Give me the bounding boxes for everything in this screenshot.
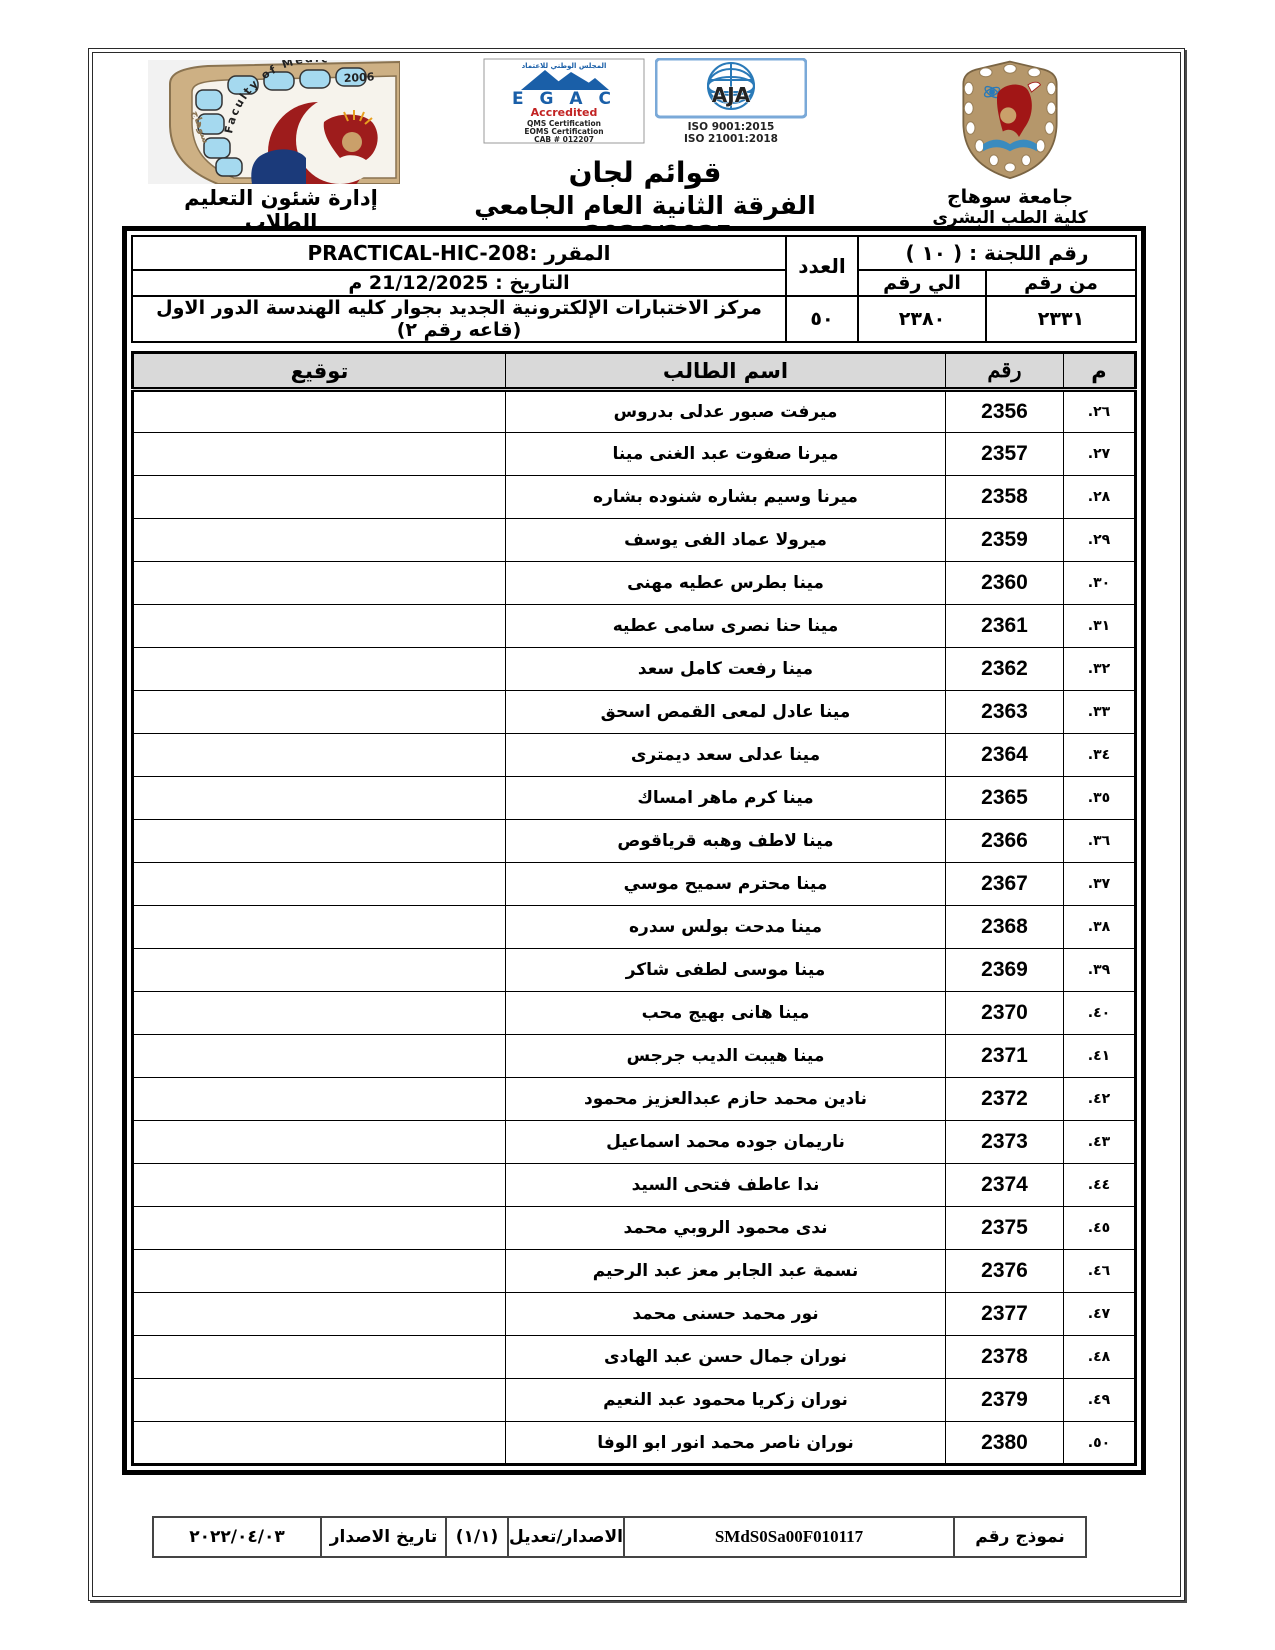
- row-seat-number: 2361: [946, 605, 1064, 648]
- svg-text:Accredited: Accredited: [531, 106, 598, 119]
- row-signature-cell: [133, 734, 506, 777]
- form-footer-table: نموذج رقم SMdS0Sa00F010117 الاصدار/تعديل…: [152, 1516, 1087, 1558]
- faculty-logo-block: 2006 سوهاج Faculty of Medic إدارة شئون ا…: [148, 60, 414, 234]
- row-signature-cell: [133, 390, 506, 433]
- table-row: ٤١. 2371 مينا هيبت الديب جرجس: [133, 1035, 1136, 1078]
- row-seat-number: 2372: [946, 1078, 1064, 1121]
- table-row: ٣٣. 2363 مينا عادل لمعى القمص اسحق: [133, 691, 1136, 734]
- row-student-name: مينا رفعت كامل سعد: [506, 648, 946, 691]
- row-seat-number: 2370: [946, 992, 1064, 1035]
- table-row: ٣٤. 2364 مينا عدلى سعد ديمترى: [133, 734, 1136, 777]
- aja-iso-logo-icon: AJA ISO 9001:2015 ISO 21001:2018: [655, 58, 807, 148]
- faculty-name: كلية الطب البشرى: [905, 208, 1115, 228]
- table-row: ٤٨. 2378 نوران جمال حسن عبد الهادى: [133, 1336, 1136, 1379]
- row-signature-cell: [133, 1250, 506, 1293]
- row-signature-cell: [133, 433, 506, 476]
- row-seat-number: 2357: [946, 433, 1064, 476]
- to-number-value: ٢٣٨٠: [858, 296, 986, 342]
- row-signature-cell: [133, 1379, 506, 1422]
- row-signature-cell: [133, 519, 506, 562]
- table-row: ٤٣. 2373 ناريمان جوده محمد اسماعيل: [133, 1121, 1136, 1164]
- row-serial: ٣٣.: [1064, 691, 1136, 734]
- table-row: ٢٨. 2358 ميرنا وسيم بشاره شنوده بشاره: [133, 476, 1136, 519]
- table-row: ٣٢. 2362 مينا رفعت كامل سعد: [133, 648, 1136, 691]
- table-row: ٣١. 2361 مينا حنا نصرى سامى عطيه: [133, 605, 1136, 648]
- row-signature-cell: [133, 1422, 506, 1465]
- row-signature-cell: [133, 1207, 506, 1250]
- row-seat-number: 2367: [946, 863, 1064, 906]
- row-serial: ٣٨.: [1064, 906, 1136, 949]
- course-cell: المقرر :PRACTICAL-HIC-208: [132, 236, 786, 270]
- students-table-header-row: م رقم اسم الطالب توقيع: [133, 353, 1136, 390]
- row-seat-number: 2359: [946, 519, 1064, 562]
- row-serial: ٤١.: [1064, 1035, 1136, 1078]
- row-seat-number: 2380: [946, 1422, 1064, 1465]
- row-seat-number: 2378: [946, 1336, 1064, 1379]
- row-student-name: مينا مدحت بولس سدره: [506, 906, 946, 949]
- tables-container: رقم اللجنة : ( ١٠ ) العدد المقرر :PRACTI…: [122, 226, 1146, 1475]
- exam-location: مركز الاختبارات الإلكترونية الجديد بجوار…: [132, 296, 786, 342]
- university-logo-block: جامعة سوهاج كلية الطب البشرى: [905, 58, 1115, 228]
- row-seat-number: 2376: [946, 1250, 1064, 1293]
- row-seat-number: 2377: [946, 1293, 1064, 1336]
- row-serial: ٤٩.: [1064, 1379, 1136, 1422]
- table-row: ٢٧. 2357 ميرنا صفوت عبد الغنى مينا: [133, 433, 1136, 476]
- header-signature: توقيع: [133, 353, 506, 390]
- row-signature-cell: [133, 1078, 506, 1121]
- issue-date-value: ٢٠٢٢/٠٤/٠٣: [153, 1517, 321, 1557]
- issue-date-label: تاريخ الاصدار: [321, 1517, 446, 1557]
- row-serial: ٣٧.: [1064, 863, 1136, 906]
- row-seat-number: 2366: [946, 820, 1064, 863]
- row-serial: ٣٤.: [1064, 734, 1136, 777]
- svg-text:AJA: AJA: [712, 83, 751, 107]
- form-number-value: SMdS0Sa00F010117: [624, 1517, 954, 1557]
- row-signature-cell: [133, 648, 506, 691]
- header-student-name: اسم الطالب: [506, 353, 946, 390]
- row-serial: ٤٦.: [1064, 1250, 1136, 1293]
- exam-info-table: رقم اللجنة : ( ١٠ ) العدد المقرر :PRACTI…: [131, 235, 1137, 343]
- row-serial: ٤٧.: [1064, 1293, 1136, 1336]
- row-signature-cell: [133, 1336, 506, 1379]
- table-row: ٢٦. 2356 ميرفت صبور عدلى بدروس: [133, 390, 1136, 433]
- row-student-name: نوران ناصر محمد انور ابو الوفا: [506, 1422, 946, 1465]
- row-serial: ٤٠.: [1064, 992, 1136, 1035]
- row-serial: ٢٩.: [1064, 519, 1136, 562]
- row-student-name: نوران جمال حسن عبد الهادى: [506, 1336, 946, 1379]
- row-signature-cell: [133, 562, 506, 605]
- row-signature-cell: [133, 1121, 506, 1164]
- row-student-name: ندى محمود الروبي محمد: [506, 1207, 946, 1250]
- row-signature-cell: [133, 777, 506, 820]
- sohag-university-logo-icon: [950, 165, 1070, 184]
- header-number: رقم: [946, 353, 1064, 390]
- row-serial: ٣٦.: [1064, 820, 1136, 863]
- university-name: جامعة سوهاج: [905, 186, 1115, 208]
- row-student-name: مينا موسى لطفى شاكر: [506, 949, 946, 992]
- row-signature-cell: [133, 1035, 506, 1078]
- row-seat-number: 2364: [946, 734, 1064, 777]
- row-signature-cell: [133, 605, 506, 648]
- date-cell: التاريخ : 21/12/2025 م: [132, 270, 786, 296]
- svg-text:2006: 2006: [343, 70, 375, 85]
- row-signature-cell: [133, 949, 506, 992]
- row-seat-number: 2369: [946, 949, 1064, 992]
- row-student-name: مينا محترم سميح موسي: [506, 863, 946, 906]
- table-row: ٣٠. 2360 مينا بطرس عطيه مهنى: [133, 562, 1136, 605]
- row-student-name: ناريمان جوده محمد اسماعيل: [506, 1121, 946, 1164]
- students-table: م رقم اسم الطالب توقيع ٢٦. 2356 ميرفت صب…: [131, 351, 1137, 1466]
- table-row: ٣٧. 2367 مينا محترم سميح موسي: [133, 863, 1136, 906]
- row-student-name: ميرفت صبور عدلى بدروس: [506, 390, 946, 433]
- row-serial: ٤٢.: [1064, 1078, 1136, 1121]
- row-student-name: مينا حنا نصرى سامى عطيه: [506, 605, 946, 648]
- row-student-name: مينا كرم ماهر امساك: [506, 777, 946, 820]
- row-serial: ٣٥.: [1064, 777, 1136, 820]
- committee-number-cell: رقم اللجنة : ( ١٠ ): [858, 236, 1136, 270]
- issue-value: (١/١): [446, 1517, 508, 1557]
- row-serial: ٣٩.: [1064, 949, 1136, 992]
- row-serial: ٢٦.: [1064, 390, 1136, 433]
- row-seat-number: 2358: [946, 476, 1064, 519]
- row-serial: ٢٨.: [1064, 476, 1136, 519]
- issue-label: الاصدار/تعديل: [508, 1517, 624, 1557]
- svg-text:CAB # 012207: CAB # 012207: [534, 135, 594, 144]
- row-seat-number: 2363: [946, 691, 1064, 734]
- table-row: ٢٩. 2359 ميرولا عماد الفى يوسف: [133, 519, 1136, 562]
- row-serial: ٤٥.: [1064, 1207, 1136, 1250]
- table-row: ٤٧. 2377 نور محمد حسنى محمد: [133, 1293, 1136, 1336]
- row-signature-cell: [133, 992, 506, 1035]
- table-row: ٥٠. 2380 نوران ناصر محمد انور ابو الوفا: [133, 1422, 1136, 1465]
- document-page: 2006 سوهاج Faculty of Medic إدارة شئون ا…: [0, 0, 1275, 1650]
- row-student-name: ميرولا عماد الفى يوسف: [506, 519, 946, 562]
- table-row: ٣٦. 2366 مينا لاطف وهبه قرياقوص: [133, 820, 1136, 863]
- row-student-name: مينا بطرس عطيه مهنى: [506, 562, 946, 605]
- egac-accreditation-logo-icon: المجلس الوطني للاعتماد E G A C Accredite…: [483, 58, 645, 148]
- row-serial: ٢٧.: [1064, 433, 1136, 476]
- row-seat-number: 2375: [946, 1207, 1064, 1250]
- table-row: ٤٥. 2375 ندى محمود الروبي محمد: [133, 1207, 1136, 1250]
- table-row: ٤٠. 2370 مينا هانى بهيج محب: [133, 992, 1136, 1035]
- row-seat-number: 2374: [946, 1164, 1064, 1207]
- row-signature-cell: [133, 1164, 506, 1207]
- row-student-name: مينا لاطف وهبه قرياقوص: [506, 820, 946, 863]
- row-signature-cell: [133, 1293, 506, 1336]
- row-student-name: مينا هانى بهيج محب: [506, 992, 946, 1035]
- row-serial: ٥٠.: [1064, 1422, 1136, 1465]
- row-seat-number: 2371: [946, 1035, 1064, 1078]
- table-row: ٣٨. 2368 مينا مدحت بولس سدره: [133, 906, 1136, 949]
- svg-text:ISO 9001:2015: ISO 9001:2015: [688, 121, 775, 133]
- row-signature-cell: [133, 691, 506, 734]
- from-number-value: ٢٣٣١: [986, 296, 1136, 342]
- row-student-name: ميرنا صفوت عبد الغنى مينا: [506, 433, 946, 476]
- form-number-label: نموذج رقم: [954, 1517, 1086, 1557]
- count-label-cell: العدد: [786, 236, 858, 296]
- row-serial: ٣١.: [1064, 605, 1136, 648]
- row-student-name: نوران زكريا محمود عبد النعيم: [506, 1379, 946, 1422]
- faculty-of-medicine-logo-icon: 2006 سوهاج Faculty of Medic: [148, 60, 414, 184]
- row-seat-number: 2362: [946, 648, 1064, 691]
- row-serial: ٤٣.: [1064, 1121, 1136, 1164]
- svg-text:ISO 21001:2018: ISO 21001:2018: [684, 133, 778, 144]
- row-student-name: مينا هيبت الديب جرجس: [506, 1035, 946, 1078]
- row-student-name: نسمة عبد الجابر معز عبد الرحيم: [506, 1250, 946, 1293]
- header-center: المجلس الوطني للاعتماد E G A C Accredite…: [425, 58, 865, 249]
- row-signature-cell: [133, 476, 506, 519]
- row-seat-number: 2356: [946, 390, 1064, 433]
- row-student-name: مينا عدلى سعد ديمترى: [506, 734, 946, 777]
- row-serial: ٤٤.: [1064, 1164, 1136, 1207]
- row-student-name: نور محمد حسنى محمد: [506, 1293, 946, 1336]
- table-row: ٤٢. 2372 نادين محمد حازم عبدالعزيز محمود: [133, 1078, 1136, 1121]
- row-signature-cell: [133, 820, 506, 863]
- count-value: ٥٠: [786, 296, 858, 342]
- table-row: ٣٩. 2369 مينا موسى لطفى شاكر: [133, 949, 1136, 992]
- row-serial: ٣٠.: [1064, 562, 1136, 605]
- egac-top-text: المجلس الوطني للاعتماد: [522, 62, 607, 70]
- row-serial: ٤٨.: [1064, 1336, 1136, 1379]
- row-seat-number: 2365: [946, 777, 1064, 820]
- header-serial: م: [1064, 353, 1136, 390]
- row-student-name: مينا عادل لمعى القمص اسحق: [506, 691, 946, 734]
- row-signature-cell: [133, 906, 506, 949]
- table-row: ٤٦. 2376 نسمة عبد الجابر معز عبد الرحيم: [133, 1250, 1136, 1293]
- table-row: ٣٥. 2365 مينا كرم ماهر امساك: [133, 777, 1136, 820]
- row-seat-number: 2373: [946, 1121, 1064, 1164]
- page-title: قوائم لجان: [425, 156, 865, 189]
- row-student-name: نادين محمد حازم عبدالعزيز محمود: [506, 1078, 946, 1121]
- to-number-label: الي رقم: [858, 270, 986, 296]
- table-row: ٤٤. 2374 ندا عاطف فتحى السيد: [133, 1164, 1136, 1207]
- table-row: ٤٩. 2379 نوران زكريا محمود عبد النعيم: [133, 1379, 1136, 1422]
- row-seat-number: 2360: [946, 562, 1064, 605]
- row-seat-number: 2379: [946, 1379, 1064, 1422]
- row-serial: ٣٢.: [1064, 648, 1136, 691]
- row-student-name: ميرنا وسيم بشاره شنوده بشاره: [506, 476, 946, 519]
- from-number-label: من رقم: [986, 270, 1136, 296]
- row-seat-number: 2368: [946, 906, 1064, 949]
- row-student-name: ندا عاطف فتحى السيد: [506, 1164, 946, 1207]
- row-signature-cell: [133, 863, 506, 906]
